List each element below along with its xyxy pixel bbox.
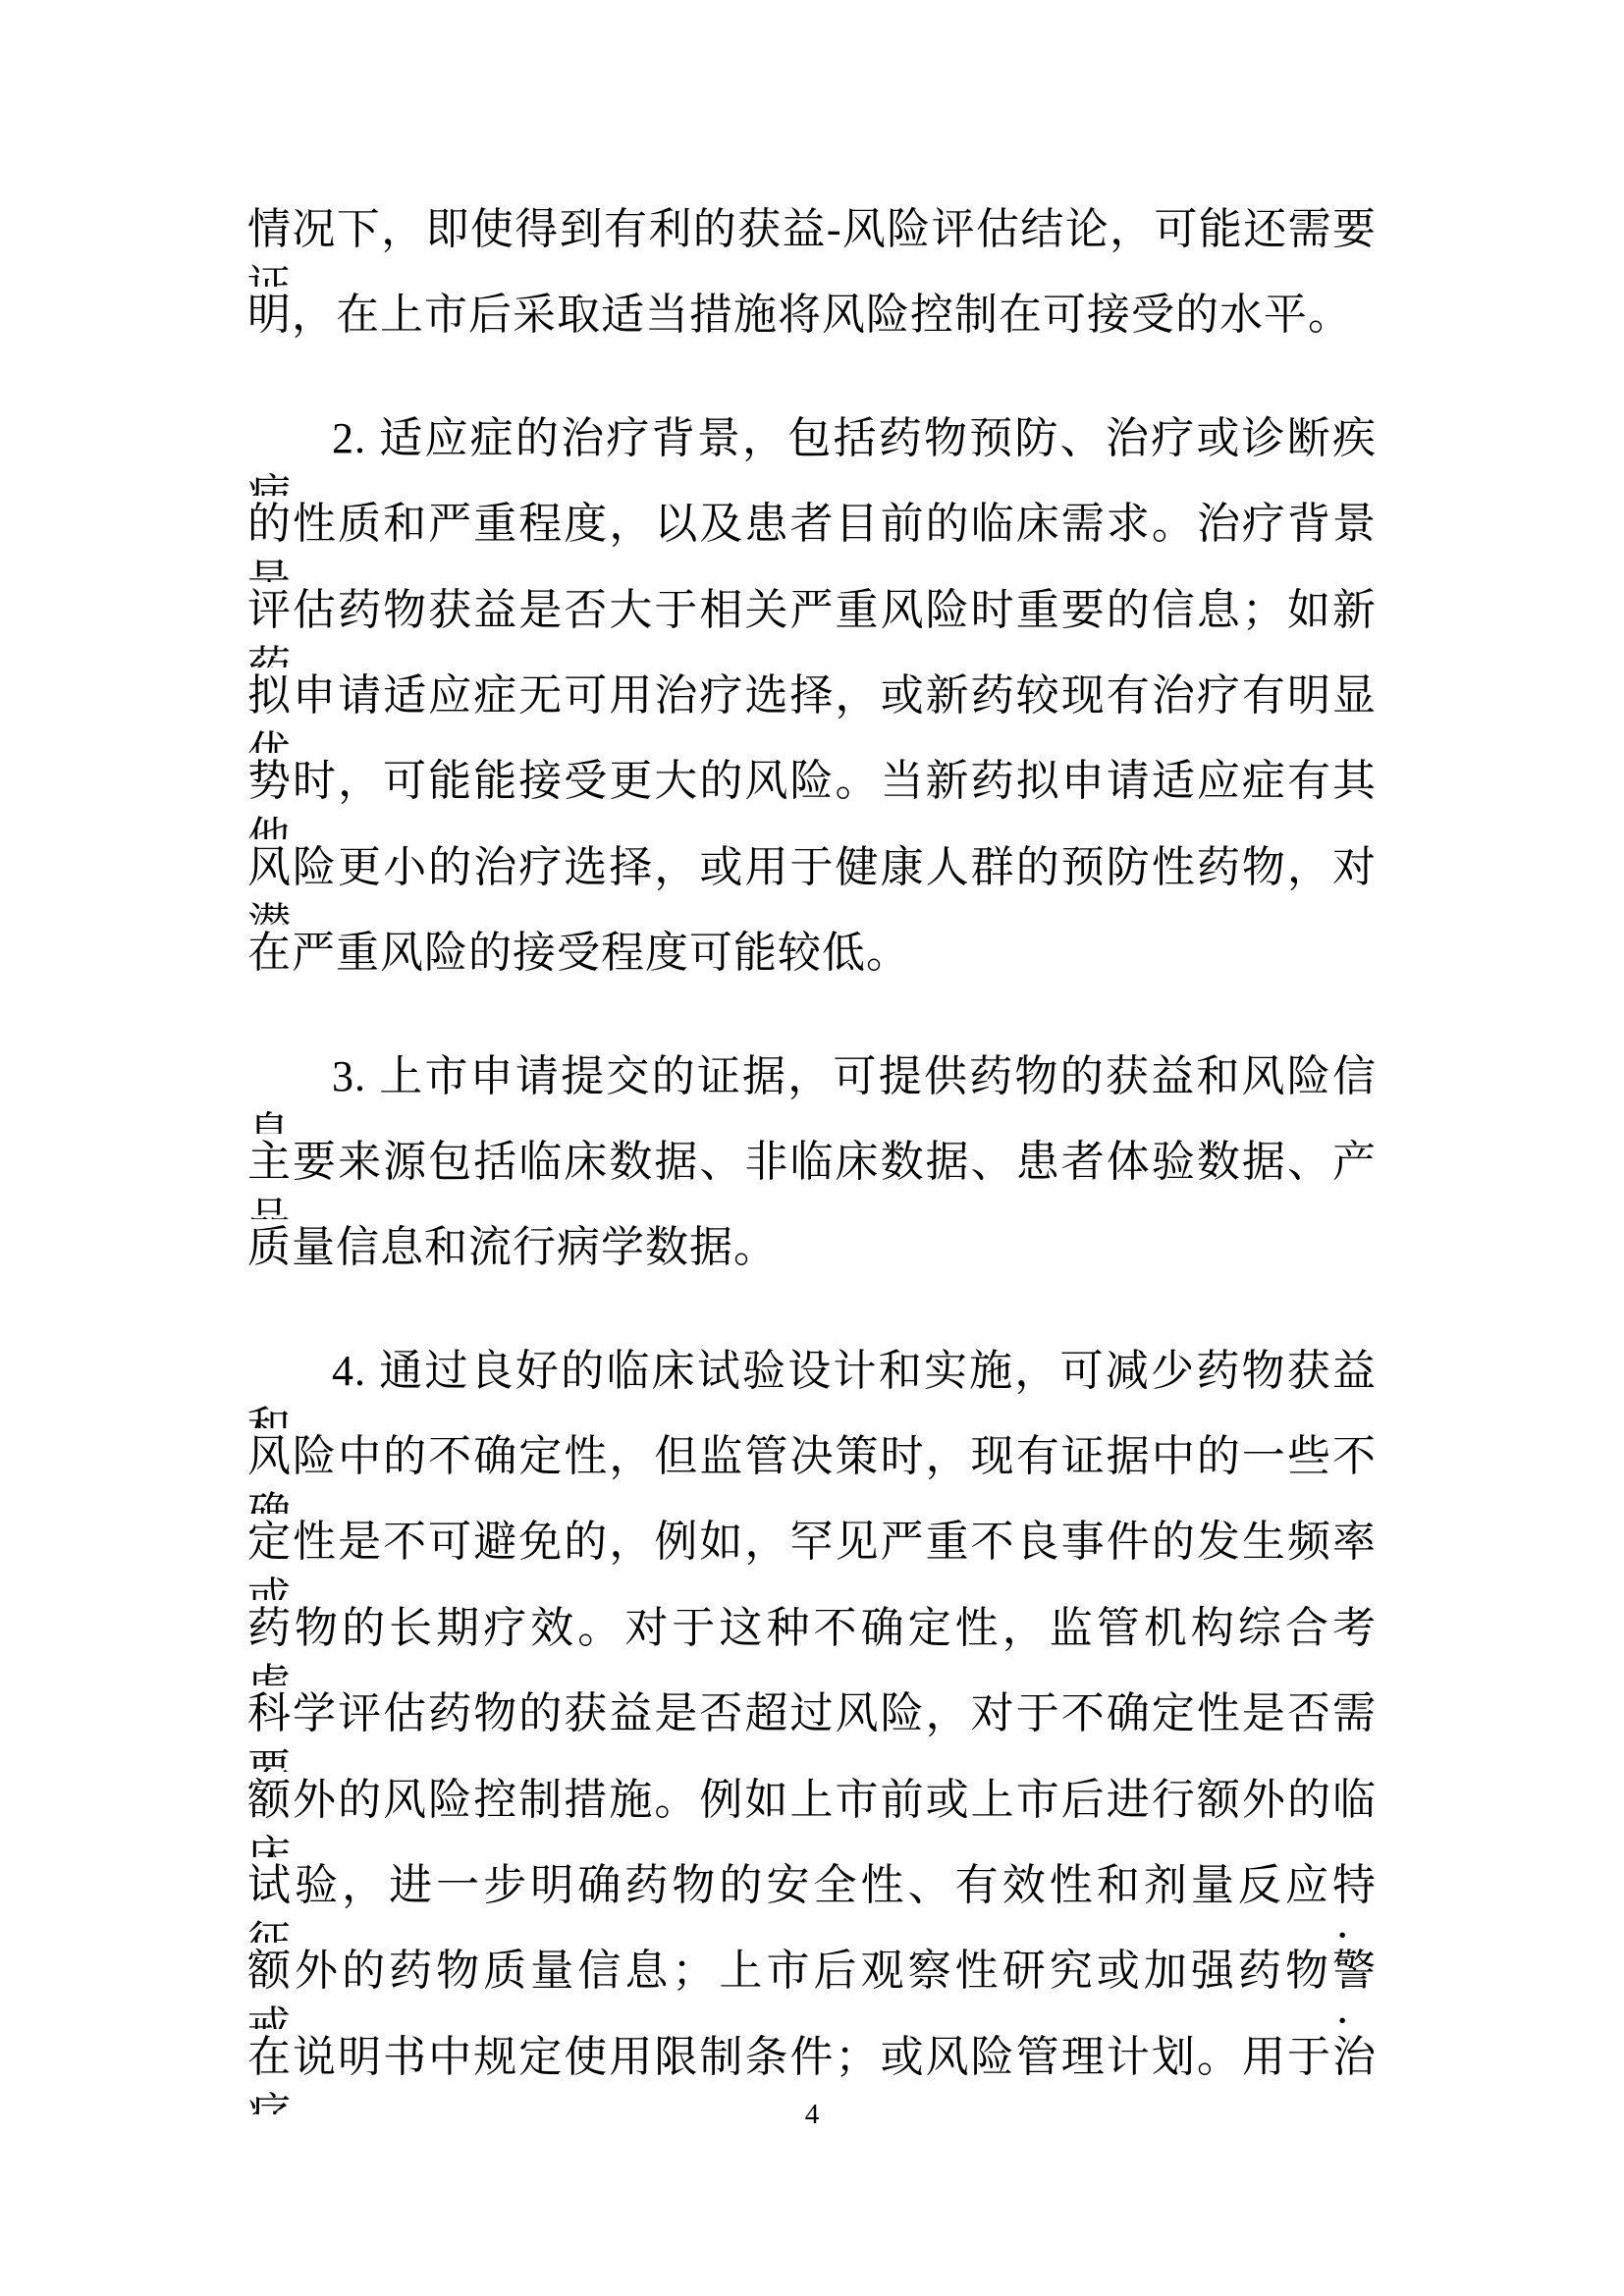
text-line: 试验，进一步明确药物的安全性、有效性和剂量反应特征； [247,1857,1377,1943]
paragraph: 情况下，即使得到有利的获益-风险评估结论，可能还需要证 明，在上市后采取适当措施… [247,201,1377,373]
text-line: 定性是不可避免的，例如，罕见严重不良事件的发生频率或 [247,1514,1377,1599]
paragraph: 3. 上市申请提交的证据，可提供药物的获益和风险信息， 主要来源包括临床数据、非… [247,1048,1377,1306]
page-number: 4 [0,2099,1624,2131]
text-line: 3. 上市申请提交的证据，可提供药物的获益和风险信息， [247,1048,1377,1134]
paragraph: 4. 通过良好的临床试验设计和实施，可减少药物获益和 风险中的不确定性，但监管决… [247,1343,1377,2115]
text-line: 情况下，即使得到有利的获益-风险评估结论，可能还需要证 [247,201,1377,287]
page-body-text: 情况下，即使得到有利的获益-风险评估结论，可能还需要证 明，在上市后采取适当措施… [247,201,1377,2152]
text-line: 2. 适应症的治疗背景，包括药物预防、治疗或诊断疾病 [247,410,1377,496]
text-line: 势时，可能能接受更大的风险。当新药拟申请适应症有其他 [247,753,1377,838]
text-line: 4. 通过良好的临床试验设计和实施，可减少药物获益和 [247,1343,1377,1428]
text-line: 评估药物获益是否大于相关严重风险时重要的信息；如新药 [247,582,1377,667]
text-line: 风险中的不确定性，但监管决策时，现有证据中的一些不确 [247,1428,1377,1514]
document-page: 情况下，即使得到有利的获益-风险评估结论，可能还需要证 明，在上市后采取适当措施… [0,0,1624,2296]
text-line: 科学评估药物的获益是否超过风险，对于不确定性是否需要 [247,1685,1377,1771]
text-line: 药物的长期疗效。对于这种不确定性，监管机构综合考虑， [247,1600,1377,1685]
paragraph: 2. 适应症的治疗背景，包括药物预防、治疗或诊断疾病 的性质和严重程度，以及患者… [247,410,1377,1011]
text-line: 质量信息和流行病学数据。 [247,1219,1377,1305]
text-line: 额外的风险控制措施。例如上市前或上市后进行额外的临床 [247,1772,1377,1857]
text-line: 在严重风险的接受程度可能较低。 [247,925,1377,1010]
text-line: 拟申请适应症无可用治疗选择，或新药较现有治疗有明显优 [247,667,1377,753]
text-line: 主要来源包括临床数据、非临床数据、患者体验数据、产品 [247,1134,1377,1219]
text-line: 风险更小的治疗选择，或用于健康人群的预防性药物，对潜 [247,839,1377,925]
text-line: 的性质和严重程度，以及患者目前的临床需求。治疗背景是 [247,496,1377,581]
text-line: 额外的药物质量信息；上市后观察性研究或加强药物警戒； [247,1943,1377,2028]
text-line: 明，在上市后采取适当措施将风险控制在可接受的水平。 [247,287,1377,372]
